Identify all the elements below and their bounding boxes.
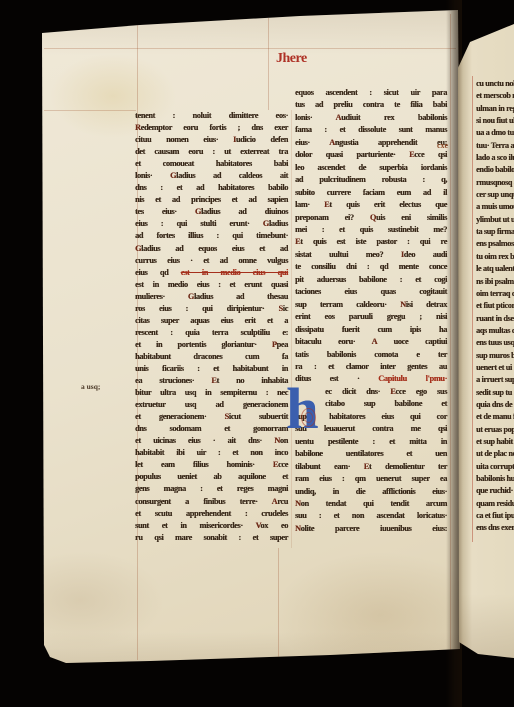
text-line: taciones eius quas cogitauit — [295, 286, 447, 298]
text-line: quam residuas — [476, 498, 514, 510]
text-line: let eam filius hominis· Ecce — [135, 459, 288, 471]
text-line: rescent : quia terra sculptiliu e: — [135, 327, 288, 339]
text-line: gens magna : et reges magni — [135, 483, 288, 495]
text-line: sup muros b — [476, 350, 514, 362]
text-line: ut de plac ne — [476, 448, 514, 460]
text-line: ylimbut ut u — [476, 214, 514, 226]
text-line: tu oim rex b — [476, 251, 514, 263]
text-line: eius : qui stulti erunt· Gladius — [135, 218, 288, 230]
text-line: dissipatu fuerit cum ipis ha — [295, 324, 447, 336]
text-line: ns ibi psalm — [476, 276, 514, 288]
text-line: uenert et ui — [476, 362, 514, 374]
text-line: leo ascendet de superbia iordanis — [295, 162, 447, 174]
text-line: ram eius : qm uenerut super ea — [295, 473, 447, 485]
margin-note-left: a usq; — [81, 382, 100, 391]
text-line: lado a sco ilu — [476, 152, 514, 164]
text-line: oim terraq d — [476, 288, 514, 300]
right-text-column: equos ascendent : sicut uir paratus ad p… — [295, 87, 447, 535]
text-line: ros eius : qui diripientur· Sic — [135, 303, 288, 315]
text-line: et sup habit — [476, 436, 514, 448]
next-page-ruling-line — [472, 76, 473, 542]
text-line: subito currere faciam eum ad il — [295, 187, 447, 199]
ruling-line-center-bottom — [278, 548, 279, 658]
text-line: rmusqnosq ai — [476, 177, 514, 189]
text-line: aqs multas d — [476, 325, 514, 337]
ruling-line-top — [44, 48, 456, 49]
text-line: ta sup firma — [476, 226, 514, 238]
text-line: fama : et dissolute sunt manus — [295, 124, 447, 136]
text-line: sedit sup tu — [476, 387, 514, 399]
text-line: lonis· Audiuit rex babilonis — [295, 112, 447, 124]
text-line: uita corrupta — [476, 461, 514, 473]
ruling-line-top2 — [44, 110, 136, 111]
text-line: et generacionem· Sicut subuertit — [135, 411, 288, 423]
text-line: tuu· Terra au — [476, 140, 514, 152]
text-line: que ruchid· Ne — [476, 485, 514, 497]
text-line: Redemptor eoru fortis ; dns exer — [135, 122, 288, 134]
text-line: cu unctu nola — [476, 78, 514, 90]
text-line: et comoueat habitatores babi — [135, 158, 288, 170]
text-line: le atq ualent — [476, 263, 514, 275]
text-line: babilonis hu — [476, 473, 514, 485]
text-line: ulman in reg — [476, 103, 514, 115]
text-line: extruetur usq ad generacionem — [135, 399, 288, 411]
text-line: populus ueniet ab aquilone et — [135, 471, 288, 483]
running-title: Jhere — [276, 51, 307, 67]
text-line: Non tendat qui tendit arcum — [295, 498, 447, 510]
text-line: unis ficariis : et habitabunt in — [135, 363, 288, 375]
text-line: consurgent a finibus terre· Arcu — [135, 496, 288, 508]
text-line: bitur ultra usq in sempiternu : nec — [135, 387, 288, 399]
text-line: dns : et ad habitatores babilo — [135, 182, 288, 194]
text-line: cer sup unqu — [476, 189, 514, 201]
left-text-column: tenent : noluit dimittere eos·Redemptor … — [135, 110, 288, 544]
text-line: eius qd est in medio eius qui — [135, 267, 288, 279]
text-line: tenent : noluit dimittere eos· — [135, 110, 288, 122]
text-line: et uicinas eius · ait dns· Non — [135, 435, 288, 447]
text-line: preponam ei? Quis eni similis — [295, 212, 447, 224]
ruling-line-center-top — [268, 18, 269, 110]
ruling-line-center — [291, 110, 292, 548]
text-line: lonis· Gladius ad caldeos ait — [135, 170, 288, 182]
text-line: mei : et quis sustinebit me? — [295, 224, 447, 236]
text-line: suu : et non ascendat loricatus· — [295, 510, 447, 522]
text-line: ut eruas pop — [476, 424, 514, 436]
text-line: ad pulcritudinem robusta : q, — [295, 174, 447, 186]
text-line: et in portentis gloriantur· Ppea — [135, 339, 288, 351]
next-page-edge: cu unctu nolaet merscob miulman in regsi… — [456, 6, 514, 674]
text-line: bitaculu eoru· A uoce captiui — [295, 336, 447, 348]
text-line: dolor quasi parturiente· Ecce qsi — [295, 149, 447, 161]
text-line: ca et fiut ipuru — [476, 510, 514, 522]
text-line: habitabit ibi uir : et non inco — [135, 447, 288, 459]
text-line: undiq, in die afflictionis eius· — [295, 486, 447, 498]
text-line: ens tuus usq — [476, 337, 514, 349]
text-line: ua a dmo tu b — [476, 127, 514, 139]
manuscript-page: Jhere tenent : noluit dimittere eos·Rede… — [0, 0, 514, 707]
text-line: dns sodomam et gomorram — [135, 423, 288, 435]
text-line: nis et ad principes et ad sapien — [135, 194, 288, 206]
text-line: tatis babilonis comota e ter — [295, 349, 447, 361]
text-line: Et quis est iste pastor : qui re — [295, 236, 447, 248]
text-line: si nou fiut ul — [476, 115, 514, 127]
text-line: tes eius· Gladius ad diuinos — [135, 206, 288, 218]
text-line: equos ascendent : sicut uir para — [295, 87, 447, 99]
text-line: currus eius · et ad omne vulgus — [135, 255, 288, 267]
penwork-flourish-icon — [304, 412, 313, 423]
text-line: a irruert sup — [476, 374, 514, 386]
text-line: et merscob mi — [476, 90, 514, 102]
text-line: ea struciones· Et no inhabita — [135, 375, 288, 387]
text-line: babilone uentilatores et uen — [295, 448, 447, 460]
text-line: ruant in dse — [476, 313, 514, 325]
text-line: sistat uultui meo? Ideo audi — [295, 249, 447, 261]
text-line: erint eos paruuli gregu ; nisi — [295, 311, 447, 323]
text-line: et de manu f — [476, 411, 514, 423]
chapter-initial: h — [286, 381, 322, 447]
text-line: ad fortes illius : qui timebunt· — [135, 230, 288, 242]
text-line: eius· Angustia apprehendit eu; — [295, 137, 447, 149]
text-line: mulieres· Gladius ad thesau — [135, 291, 288, 303]
text-line: ru qsi mare sonabit : et super — [135, 532, 288, 544]
next-page-text-column: cu unctu nolaet merscob miulman in regsi… — [476, 78, 514, 535]
text-line: Nolite parcere iuuenibus eius: — [295, 523, 447, 535]
text-line: sunt et in misericordes· Vox eo — [135, 520, 288, 532]
text-line: lam· Et quis erit electus que — [295, 199, 447, 211]
text-line: habitabunt dracones cum fa — [135, 351, 288, 363]
initial-letter: h — [286, 376, 318, 441]
text-line: endio babilo — [476, 164, 514, 176]
text-line: te consiliu dni : qd mente conce — [295, 261, 447, 273]
text-line: sup terram caldeoru· Nisi detrax — [295, 299, 447, 311]
text-line: ens dns exer — [476, 522, 514, 534]
text-line: cituu nomen eius· Iudicio defen — [135, 134, 288, 146]
text-line: pit aduersus babilone : et cogi — [295, 274, 447, 286]
text-line: et fiut pticor — [476, 300, 514, 312]
text-line: quia dns de — [476, 399, 514, 411]
text-line: det causam eoru : ut exterreat tra — [135, 146, 288, 158]
text-line: et scutu apprehendent : crudeles — [135, 508, 288, 520]
text-line: ens psalmos — [476, 238, 514, 250]
text-line: ra : et clamor inter gentes au — [295, 361, 447, 373]
text-line: a muis umou — [476, 201, 514, 213]
text-line: tilabunt eam· Et demolientur ter — [295, 461, 447, 473]
manuscript-photo: Jhere tenent : noluit dimittere eos·Rede… — [0, 0, 514, 707]
text-line: tus ad preliu contra te filia babi — [295, 99, 447, 111]
text-line: est in medio eius : et erunt quasi — [135, 279, 288, 291]
text-line: citas super aquas eius erit et a — [135, 315, 288, 327]
text-line: Gladius ad equos eius et ad — [135, 243, 288, 255]
